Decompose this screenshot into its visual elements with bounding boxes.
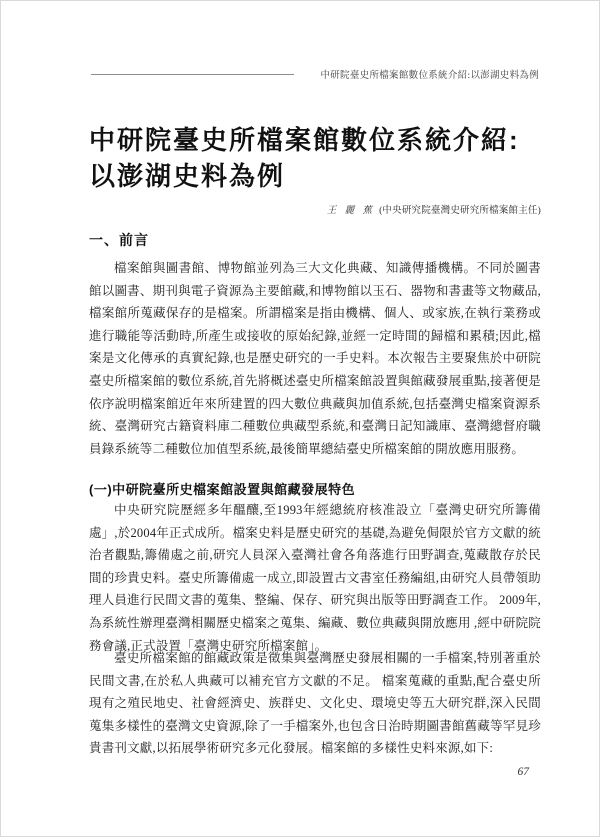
paragraph-archives-2: 臺史所檔案館的館藏政策是徵集與臺灣歷史發展相關的一手檔案,特別著重於民間文書,在… bbox=[89, 647, 541, 762]
subsection-heading-archives: (一)中研院臺所史檔案館設置與館藏發展特色 bbox=[89, 479, 541, 498]
author-line: 王 麗 蕉(中央研究院臺灣史研究所檔案館主任) bbox=[89, 202, 541, 216]
page-number: 67 bbox=[518, 766, 530, 778]
document-page: 中研院臺史所檔案館數位系統介紹:以澎湖史料為例 中研院臺史所檔案館數位系統介紹:… bbox=[0, 0, 600, 837]
section-heading-foreword: 一、前言 bbox=[89, 230, 541, 250]
article-title-line1: 中研院臺史所檔案館數位系統介紹: bbox=[89, 125, 520, 155]
article-title: 中研院臺史所檔案館數位系統介紹:以澎湖史料為例 bbox=[89, 122, 559, 194]
running-title: 中研院臺史所檔案館數位系統介紹:以澎湖史料為例 bbox=[308, 67, 539, 81]
running-header: 中研院臺史所檔案館數位系統介紹:以澎湖史料為例 bbox=[91, 67, 539, 81]
author-name: 王 麗 蕉 bbox=[327, 206, 375, 216]
paragraph-archives-1: 中央研究院歷經多年醞釀,至1993年經總統府核准設立「臺灣史研究所籌備處」,於2… bbox=[89, 499, 541, 659]
header-rule bbox=[91, 74, 294, 75]
author-affiliation: (中央研究院臺灣史研究所檔案館主任) bbox=[379, 206, 541, 216]
paragraph-foreword-1: 檔案館與圖書館、博物館並列為三大文化典藏、知識傳播機構。不同於圖書館以圖書、期刊… bbox=[89, 257, 541, 463]
article-title-line2: 以澎湖史料為例 bbox=[89, 161, 285, 191]
